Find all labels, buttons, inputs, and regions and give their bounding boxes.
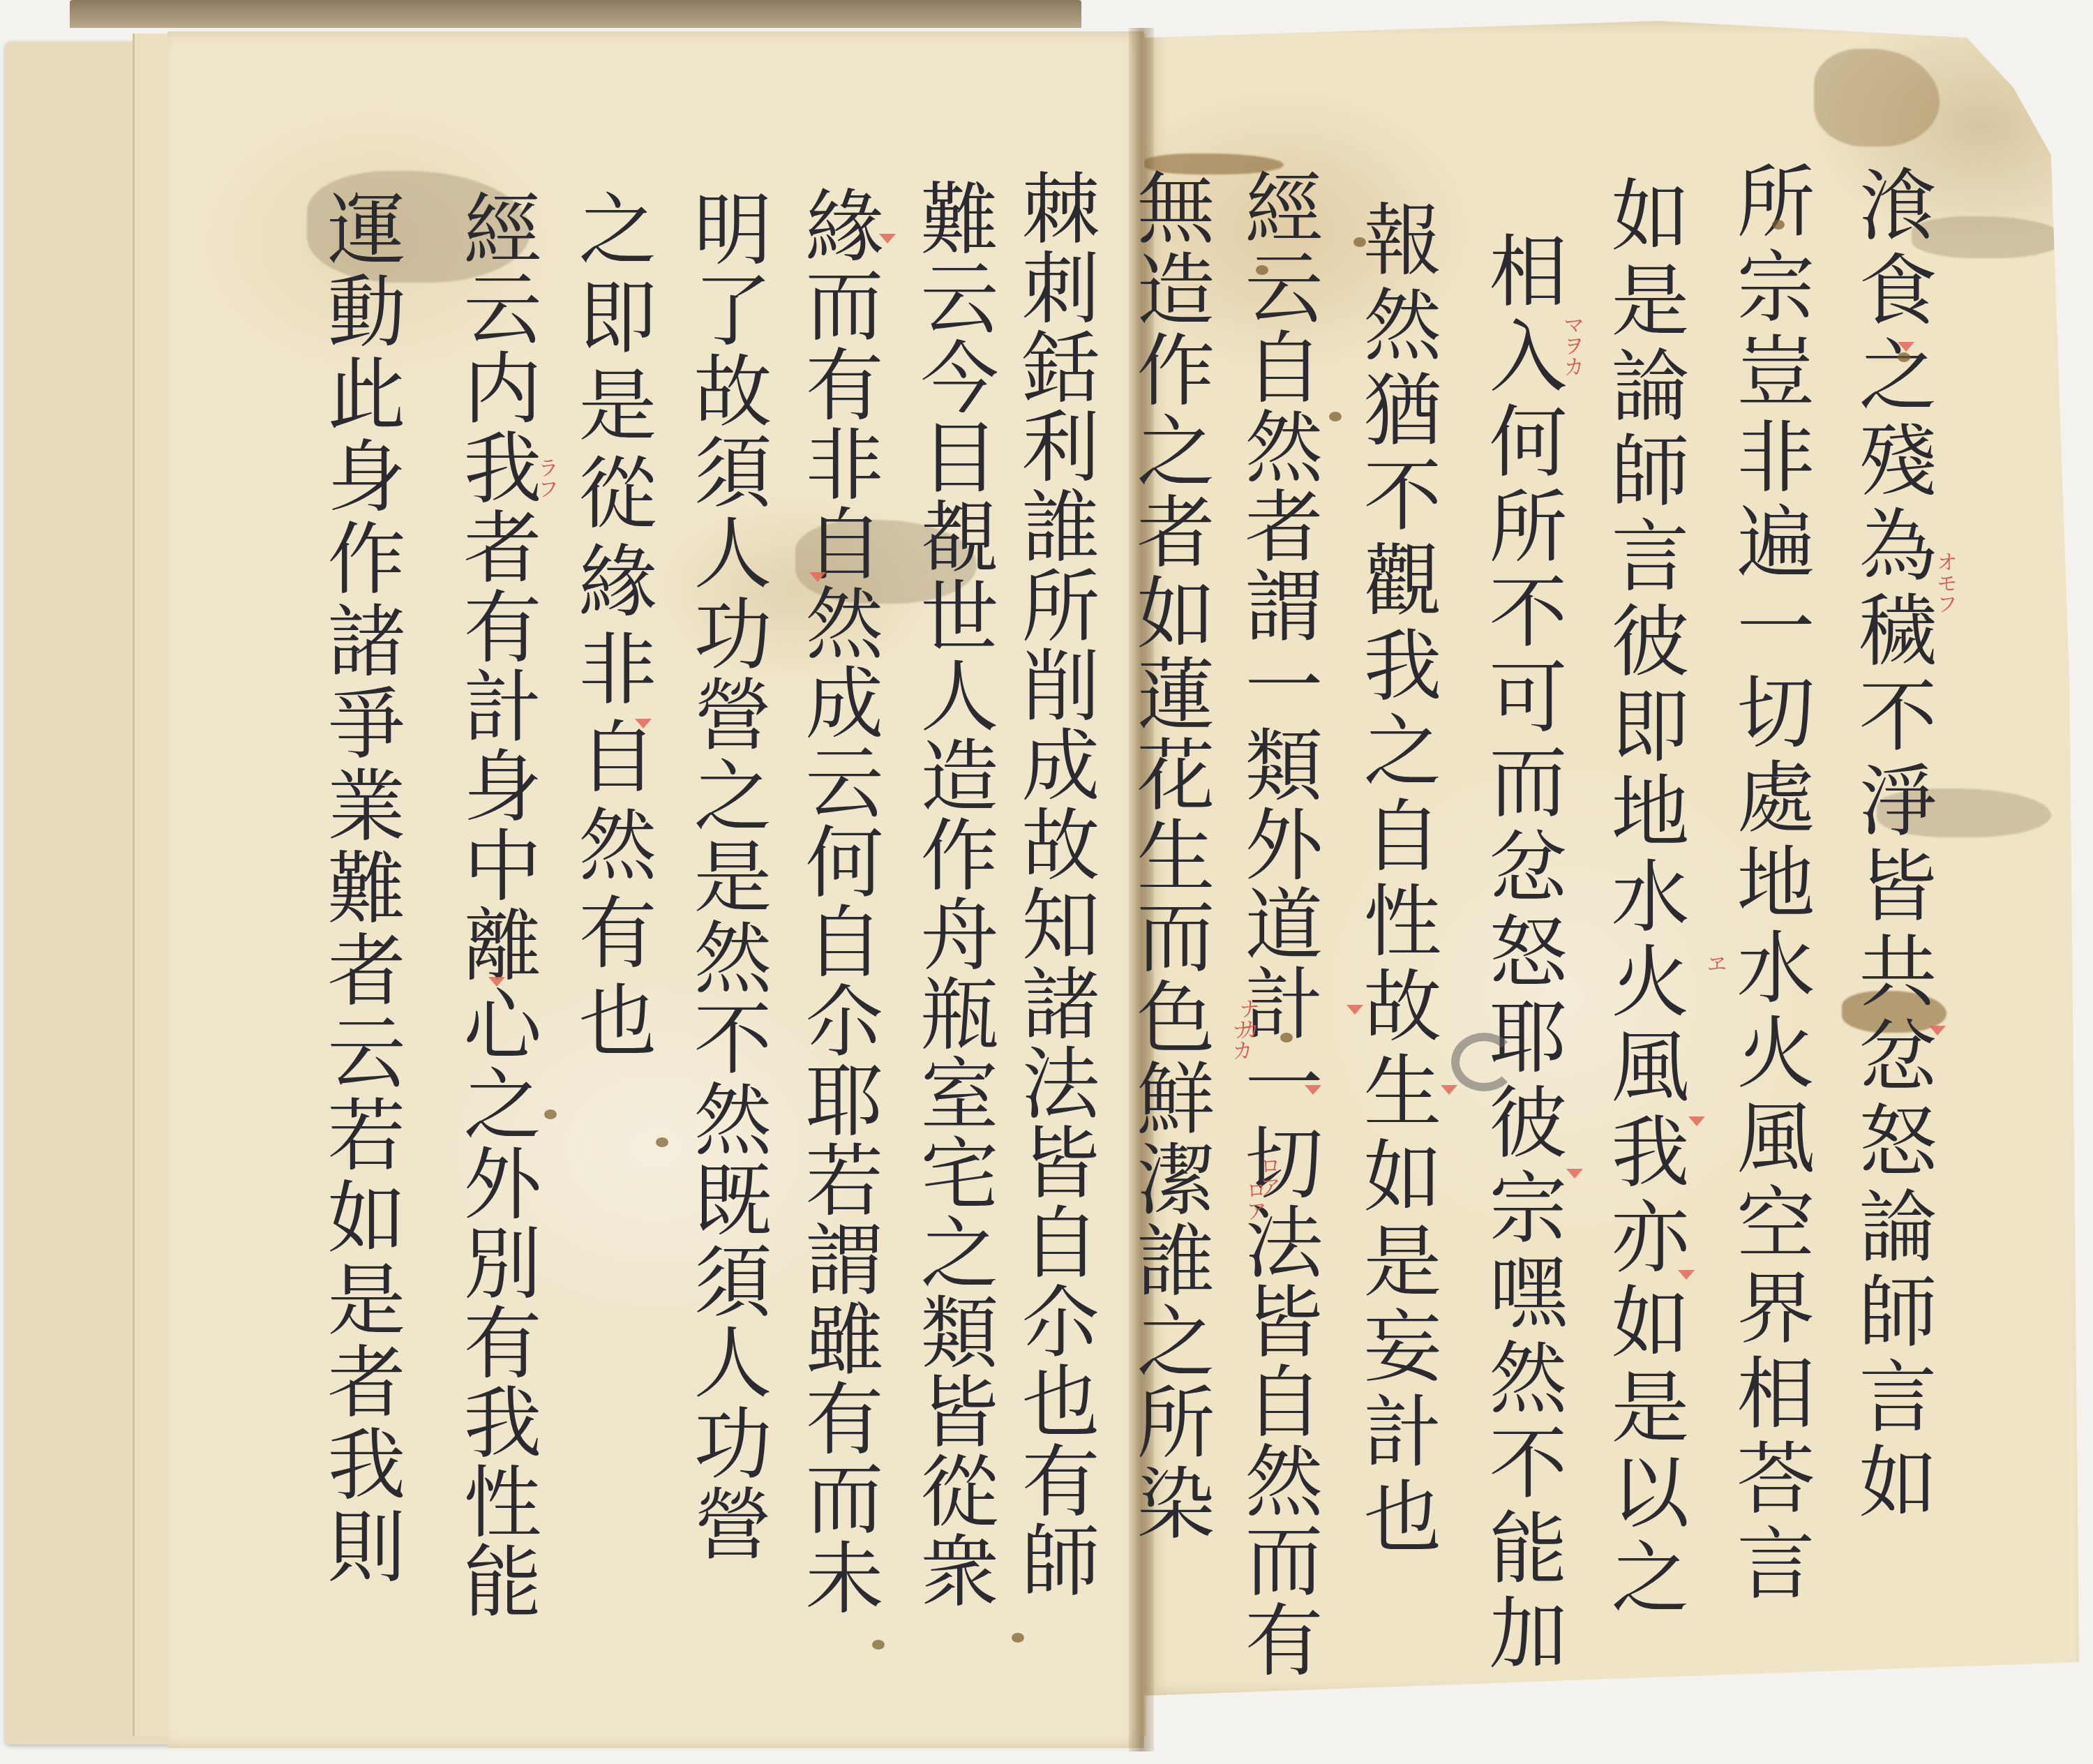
kunten-mark: [1346, 1005, 1363, 1015]
text-column-l5: 之即是從緣非自然有也: [572, 188, 650, 1068]
kana-annotation: マヲカ: [1556, 314, 1586, 377]
manuscript-scene: 湌食之殘為穢不淨皆共忿怒論師言如 所宗豈非遍一切處地水火風空界相荅言 如是論師言…: [0, 0, 2093, 1764]
kunten-mark: [1898, 342, 1914, 352]
water-stain: [1814, 49, 1940, 147]
kana-annotation: ロア: [1252, 1155, 1283, 1197]
ink-dot: [1012, 1633, 1024, 1643]
circle-mark: [1451, 1033, 1517, 1091]
text-column-r4: 相入何所不可而忿怒耶彼宗嘿然不能加: [1483, 230, 1561, 1677]
book-cover-edge: [70, 0, 1081, 28]
text-column-r5: 報然猶不觀我之自性故生如是妄計也: [1357, 199, 1435, 1561]
kunten-mark: [488, 977, 505, 987]
kunten-mark: [1929, 1026, 1946, 1036]
text-column-r3: 如是論師言彼即地水火風我亦如是以之: [1605, 174, 1683, 1622]
kunten-mark: [1688, 1116, 1705, 1126]
text-column-r6: 經云自然者謂一類外道計一切法皆自然而有: [1238, 167, 1316, 1679]
kunten-mark: [1678, 1270, 1695, 1280]
kunten-mark: [1441, 1085, 1457, 1095]
ink-dot: [656, 1137, 668, 1147]
kana-annotation: ヱ: [1699, 952, 1730, 973]
text-column-r2: 所宗豈非遍一切處地水火風空界相荅言: [1730, 160, 1808, 1608]
ink-dot: [872, 1640, 885, 1650]
ink-dot: [1898, 352, 1910, 362]
kunten-mark: [879, 234, 896, 244]
ink-dot: [544, 1109, 557, 1119]
text-column-r7: 無造作之者如蓮花生而色鮮潔誰之所染: [1130, 167, 1208, 1544]
kana-annotation: オモフ: [1929, 551, 1960, 614]
text-column-l3: 緣而有非自然成云何自尒耶若謂雖有而未: [799, 185, 877, 1617]
ink-dot: [1353, 237, 1366, 247]
text-column-l7: 運動此身作諸爭業難者云若如是者我則: [321, 188, 399, 1588]
kunten-mark: [809, 572, 826, 582]
kunten-mark: [1566, 1169, 1583, 1179]
ink-dot: [1329, 412, 1342, 421]
kana-annotation: ラフ: [530, 457, 561, 499]
text-column-l4: 明了故須人功營之是然不然既須人功營: [687, 188, 765, 1564]
text-column-l2: 難云今目覩世人造作舟瓶室宅之類皆從衆: [914, 178, 992, 1610]
text-column-l1: 棘刺銛利誰所削成故知諸法皆自尒也有師: [1015, 167, 1093, 1599]
text-column-r1: 湌食之殘為穢不淨皆共忿怒論師言如: [1852, 164, 1930, 1526]
kunten-mark: [1305, 1085, 1321, 1095]
text-column-l6: 經云内我者有計身中離心之外別有我性能: [457, 188, 535, 1620]
kunten-mark: [635, 719, 652, 728]
ink-dot: [1280, 1033, 1293, 1042]
ink-dot: [1772, 220, 1785, 230]
kana-annotation: ナカ: [1231, 998, 1262, 1040]
ink-dot: [1256, 265, 1268, 275]
